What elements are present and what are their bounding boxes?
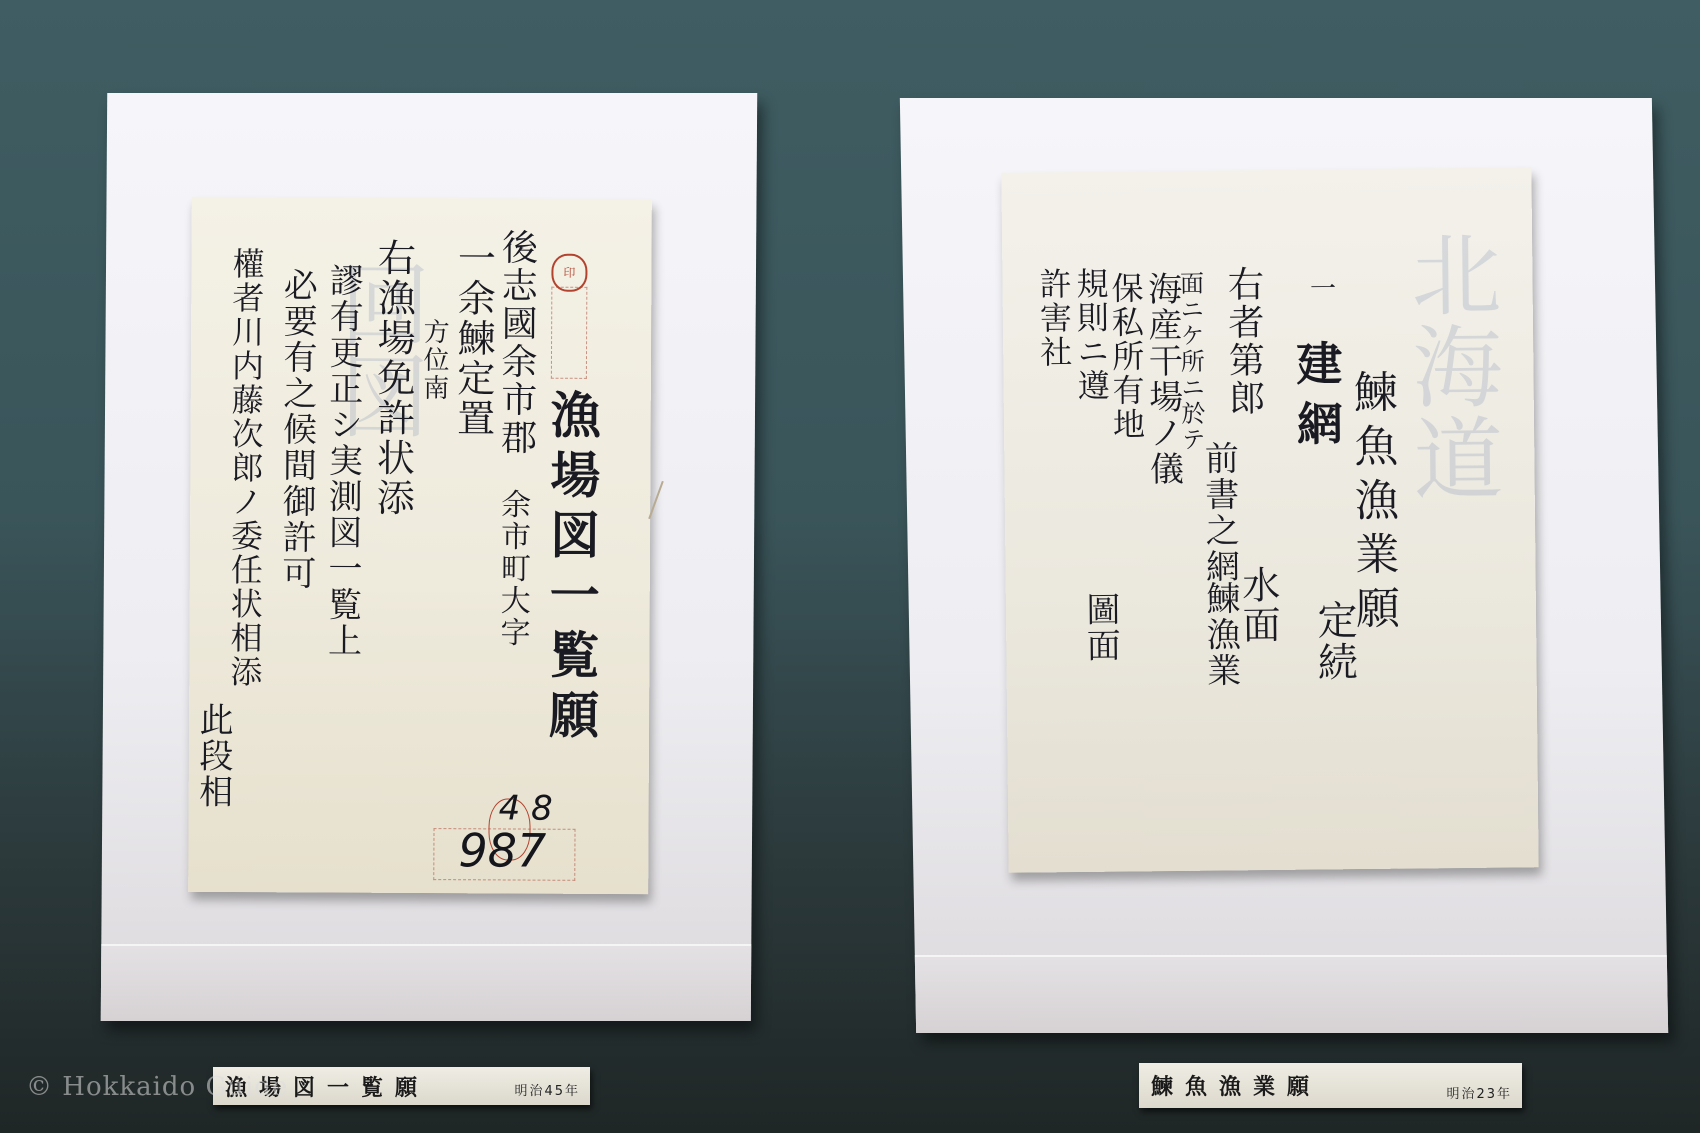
museum-display-scene: 回図 印 漁場図一覧願 後志國余市郡 余市町大字 一余鰊定置 方位南 右漁場免許… (0, 0, 1700, 1133)
right-caption-label: 鰊魚漁業願 明治23年 (1139, 1063, 1522, 1108)
red-seal-rectangle (551, 287, 587, 379)
document-text-column: 謬有更正シ実測図一覧上 (317, 262, 368, 658)
mount-fold-line (101, 944, 751, 946)
mount-pocket-flap (915, 957, 1668, 1033)
document-text-column: 必要有之候間御許可 (272, 267, 323, 591)
document-text-column: 右漁場免許状添 (365, 238, 421, 518)
right-document-paper: 北海道 一 建網 鰊魚漁業願 定続 右者第郎 前書之網 水面 鰊漁業 面ニケ所ニ… (1001, 167, 1538, 873)
caption-era: 明治45年 (514, 1080, 580, 1099)
document-text-column: 右者第郎 (1217, 265, 1270, 418)
document-text-column: 余市町大字 (489, 488, 534, 648)
document-text-column: 方位南 (416, 318, 453, 402)
document-text-column: 鰊漁業 (1196, 580, 1246, 689)
mount-pocket-flap (101, 946, 752, 1021)
document-text-column: 許害社 (1030, 267, 1077, 369)
caption-era: 明治23年 (1446, 1083, 1512, 1102)
document-text-column: 前書之網 (1194, 440, 1245, 585)
document-title-column: 漁場図一覧願 (534, 389, 608, 749)
document-text-column: 此段相 (189, 702, 239, 810)
document-text-column: 定続 (1306, 599, 1364, 684)
mount-fold-line (915, 955, 1667, 957)
document-text-column: 權者川内藤次郎ノ委任状相添 (221, 247, 269, 689)
copyright-watermark: © Hokkaido Guide (26, 1072, 288, 1102)
document-text-column: 一 (1302, 274, 1339, 302)
document-text-column: 一余鰊定置 (446, 238, 502, 438)
handwritten-number-bottom: 987 (458, 823, 546, 877)
caption-title: 鰊魚漁業願 (1151, 1070, 1321, 1101)
document-text-column: 圖面 (1076, 592, 1126, 665)
left-document-paper: 回図 印 漁場図一覧願 後志國余市郡 余市町大字 一余鰊定置 方位南 右漁場免許… (188, 197, 652, 894)
